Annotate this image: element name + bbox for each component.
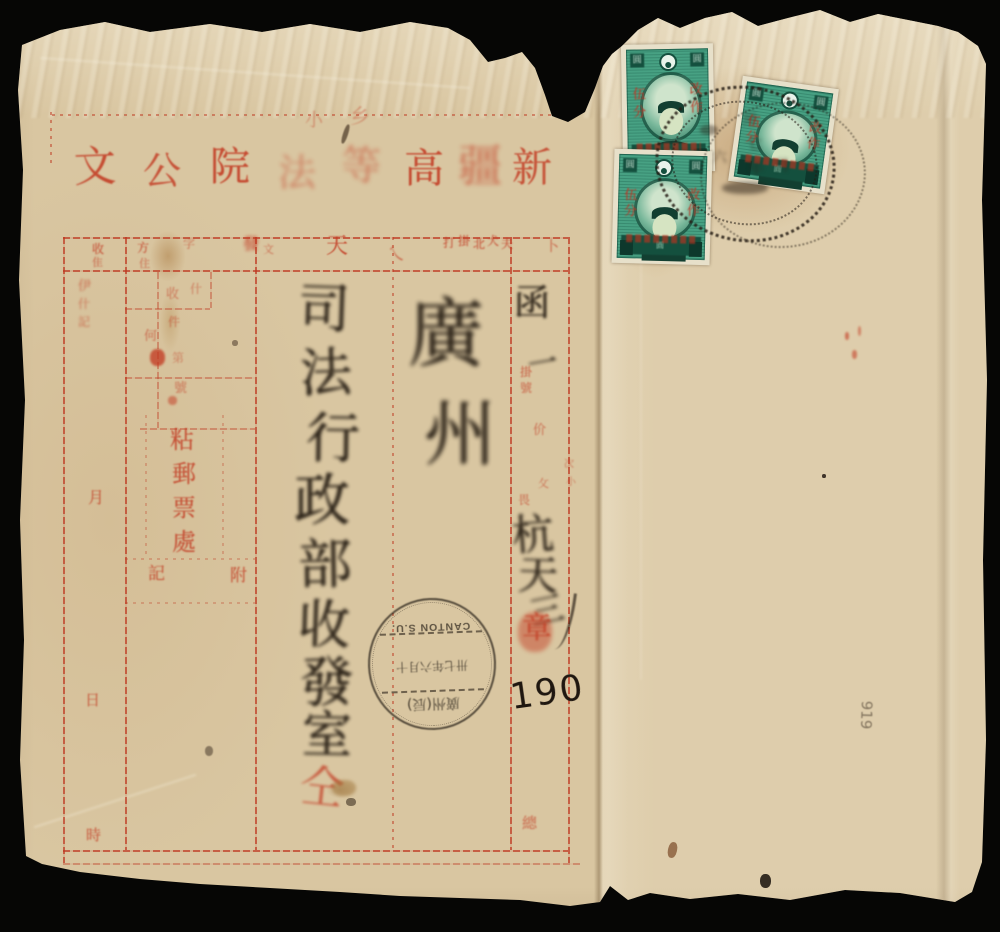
transit-postmark-glyph: 卅 — [742, 112, 758, 128]
form-header-mark: 方 — [137, 242, 149, 254]
note-label-right: 附 — [230, 568, 247, 585]
form-grid-line — [255, 237, 257, 850]
form-frame-line — [63, 863, 580, 865]
postmark-ink-blot — [722, 182, 768, 194]
form-grid-line — [210, 272, 212, 308]
form-grid-mark: 什 — [190, 283, 202, 295]
transit-postmark-glyph: 年 — [748, 160, 764, 176]
paper-crease — [640, 260, 642, 680]
stamp-value-box — [689, 242, 702, 257]
stamp-corner-denomination: 圓 — [690, 52, 704, 66]
paper-crease — [34, 774, 196, 828]
side-annotation-red: 攵 — [538, 478, 549, 489]
form-frame-line — [63, 850, 568, 852]
form-header-mark: 乀 — [388, 246, 404, 262]
paper-speck — [666, 841, 678, 859]
form-header-mark: 天 — [326, 236, 348, 258]
form-grid-mark: 號 — [174, 382, 187, 395]
form-grid-line — [125, 377, 255, 379]
form-grid-line — [63, 270, 568, 272]
side-annotation-black: 函 — [514, 286, 550, 322]
time-mark-day: 日 — [85, 693, 100, 708]
stamp-box-label-char: 票 — [172, 496, 196, 520]
city-char: 廣 — [408, 296, 484, 372]
court-title-char: 新 — [512, 148, 552, 188]
form-side-mark: 記 — [78, 316, 90, 328]
form-header-mark: 發 — [243, 236, 259, 252]
form-side-mark: 什 — [78, 298, 90, 310]
recipient-char: 政 — [294, 474, 350, 530]
form-grid-line — [125, 558, 255, 560]
paper-speck — [760, 874, 771, 888]
recipient-char: 法 — [299, 347, 353, 401]
side-annotation-red: 次 — [564, 460, 574, 470]
form-grid-line — [140, 428, 255, 430]
transit-postmark-glyph: 六 — [712, 150, 727, 165]
red-mark — [852, 350, 857, 359]
red-ink-blot — [150, 349, 165, 366]
stamp-overprint-char: 伍 — [633, 88, 646, 101]
paper-speck — [525, 14, 534, 21]
form-header-mark: 掛 — [458, 235, 470, 247]
arrival-number: 190 — [508, 667, 588, 718]
court-title-char: 院 — [210, 147, 250, 187]
red-mark — [858, 326, 861, 336]
side-annotation-red: 小 — [566, 478, 576, 488]
sun-emblem-icon — [659, 53, 677, 71]
pencil-notation: 919 — [857, 700, 876, 729]
form-frame-line — [63, 237, 65, 863]
stamp-corner-denomination: 圓 — [630, 53, 644, 67]
form-grid-mark: 件 — [168, 316, 180, 328]
form-grid-line — [145, 415, 147, 555]
transit-postmark-glyph: 月 — [775, 158, 790, 173]
form-frame-line — [568, 237, 570, 863]
form-side-mark: 伊 — [78, 280, 91, 293]
side-annotation-red: 价 — [533, 424, 546, 437]
side-annotation-black: 杭 — [511, 513, 556, 558]
envelope-paper: 文 公 院 法 等 高 疆 新 小 乡 收 隹 方 住 字 發 文 天 乀 打 … — [0, 0, 1000, 932]
red-ink-blot — [168, 396, 177, 405]
time-mark-hour: 時 — [86, 828, 101, 843]
canton-postmark: 廣州(辰) 卅七年六月十 CANTON S.U. — [366, 596, 499, 732]
time-mark-month: 月 — [88, 490, 104, 506]
court-title-char: 疆 — [458, 145, 502, 189]
transit-postmark-glyph: 七 — [746, 136, 762, 152]
form-header-mark: 打 — [443, 237, 455, 249]
court-title-char: 文 — [73, 145, 116, 188]
court-title-char: 高 — [404, 149, 444, 189]
side-annotation-red: 號 — [520, 382, 532, 394]
form-grid-mark: 何 — [144, 330, 157, 343]
recipient-char: 行 — [306, 412, 361, 467]
red-mark — [845, 332, 849, 340]
form-header-mark: 夫 — [501, 238, 513, 250]
form-header-mark: 住 — [139, 258, 150, 269]
stamp-box-label-char: 處 — [172, 530, 196, 554]
red-seal-char: 章 — [522, 614, 552, 644]
form-grid-line — [125, 237, 127, 850]
stamp-box-label-char: 郵 — [172, 462, 196, 486]
form-grid-line — [392, 237, 394, 850]
form-header-mark: 文 — [263, 244, 274, 255]
side-annotation-red: 畏 — [518, 494, 530, 506]
court-title-char: 公 — [143, 152, 181, 190]
recipient-char: 司 — [297, 283, 351, 337]
paper-speck — [822, 474, 826, 478]
ink-smudge — [332, 780, 356, 796]
court-title-char: 法 — [278, 154, 316, 192]
recipient-char: 部 — [298, 538, 353, 593]
stamp-box-label-char: 粘 — [170, 428, 194, 452]
recipient-char: 發 — [299, 655, 355, 711]
recipient-char: 收 — [297, 599, 351, 653]
form-header-mark: 北 — [473, 238, 485, 250]
paper-speck — [346, 798, 356, 806]
postmark-ink-blot — [700, 125, 718, 135]
paper-crinkle-texture — [0, 0, 1000, 118]
side-annotation-red: 掛 — [520, 366, 532, 378]
paper-speck — [205, 746, 213, 756]
stamp-overprint-char: 分 — [624, 205, 637, 218]
paper-speck — [232, 340, 238, 346]
title-left-tick — [50, 112, 52, 164]
cover-photo: 文 公 院 法 等 高 疆 新 小 乡 收 隹 方 住 字 發 文 天 乀 打 … — [0, 0, 1000, 932]
form-header-mark: 隹 — [92, 257, 103, 268]
form-header-mark: 卜 — [545, 240, 559, 254]
title-faint-mark: 小 — [305, 112, 323, 130]
city-char: 州 — [424, 398, 496, 470]
court-title-char: 等 — [340, 145, 382, 187]
form-header-mark: 收 — [92, 243, 104, 255]
form-grid-line — [125, 308, 210, 310]
form-grid-line — [222, 415, 224, 555]
stamp-corner-denomination: 圓 — [623, 158, 637, 172]
form-grid-mark: 收 — [166, 288, 179, 301]
form-grid-mark: 第 — [172, 352, 184, 364]
note-label-left: 記 — [148, 566, 165, 583]
stamp-overprint-char: 分 — [633, 106, 646, 119]
form-header-mark: 字 — [183, 238, 195, 250]
form-grid-line — [125, 602, 255, 604]
form-bottom-mark: 總 — [522, 816, 537, 831]
recipient-char: 室 — [302, 710, 353, 761]
stamp-overprint-char: 伍 — [624, 189, 637, 202]
form-header-mark: 犬 — [487, 235, 499, 247]
title-faint-mark: 乡 — [350, 106, 370, 126]
